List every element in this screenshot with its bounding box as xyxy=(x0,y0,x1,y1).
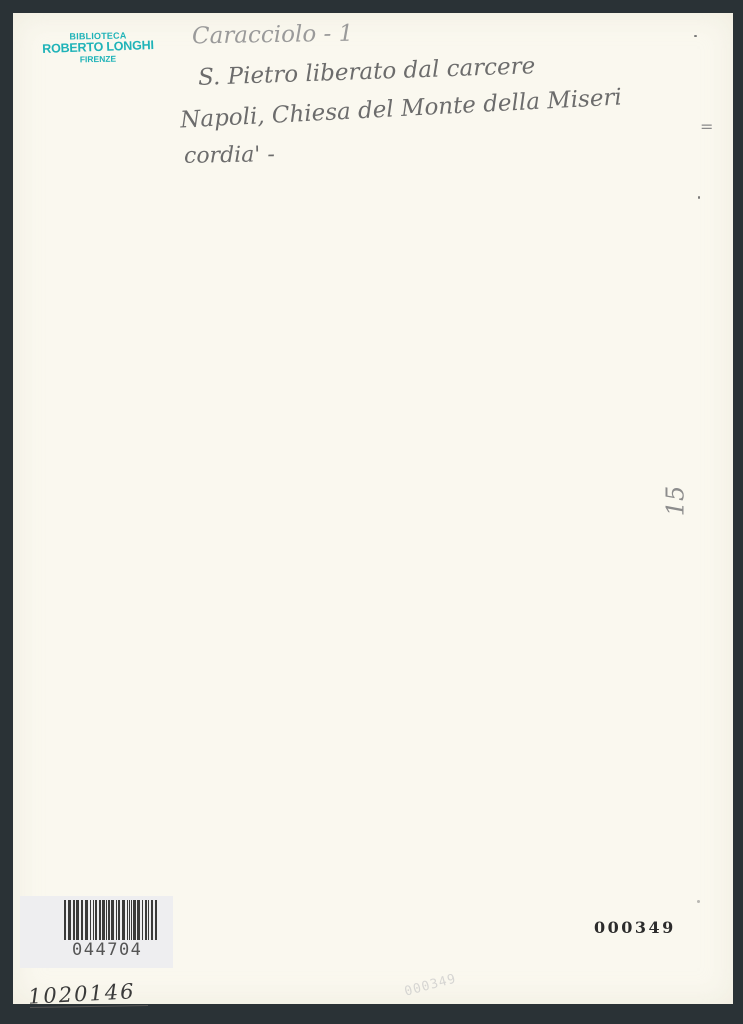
serial-number: 000349 xyxy=(594,918,676,937)
barcode-bar xyxy=(64,900,66,940)
handwritten-artist: Caracciolo - 1 xyxy=(192,21,354,50)
barcode-bar xyxy=(81,900,83,940)
barcode-bar xyxy=(127,900,128,940)
barcode-bar xyxy=(148,900,149,940)
barcode-bar xyxy=(76,900,79,940)
barcode-bar xyxy=(99,900,101,940)
barcode-bar xyxy=(137,900,140,940)
barcode-bar xyxy=(93,900,94,940)
handwritten-side-number: 15 xyxy=(661,486,689,517)
barcode-bar xyxy=(142,900,143,940)
barcode-number: 044704 xyxy=(72,940,142,960)
barcode-bar xyxy=(145,900,147,940)
barcode-bar xyxy=(131,900,132,940)
barcode-bar xyxy=(68,900,71,940)
library-stamp: BIBLIOTECA ROBERTO LONGHI FIRENZE xyxy=(33,32,163,63)
speck xyxy=(697,900,700,903)
barcode-bar xyxy=(102,900,105,940)
barcode-bar xyxy=(111,900,114,940)
barcode-bar xyxy=(108,900,110,940)
barcode-bar xyxy=(129,900,130,940)
inventory-number: 1020146 xyxy=(27,979,136,1009)
handwritten-hyphen-mark: = xyxy=(700,117,713,136)
stamp-line-3: FIRENZE xyxy=(33,53,163,64)
barcode-bar xyxy=(95,900,97,940)
barcode-label: 044704 xyxy=(20,896,173,968)
speck xyxy=(698,196,700,199)
barcode-bar xyxy=(106,900,107,940)
barcode-bar xyxy=(118,900,120,940)
handwritten-location-cont: cordia' - xyxy=(184,142,275,169)
barcode-bar xyxy=(151,900,153,940)
barcode-bar xyxy=(155,900,157,940)
barcode-icon xyxy=(64,900,158,940)
speck xyxy=(694,35,697,37)
barcode-bar xyxy=(73,900,75,940)
barcode-bar xyxy=(133,900,136,940)
barcode-bar xyxy=(116,900,117,940)
photo-verso xyxy=(13,13,733,1004)
barcode-bar xyxy=(85,900,88,940)
barcode-bar xyxy=(122,900,125,940)
barcode-bar xyxy=(90,900,91,940)
